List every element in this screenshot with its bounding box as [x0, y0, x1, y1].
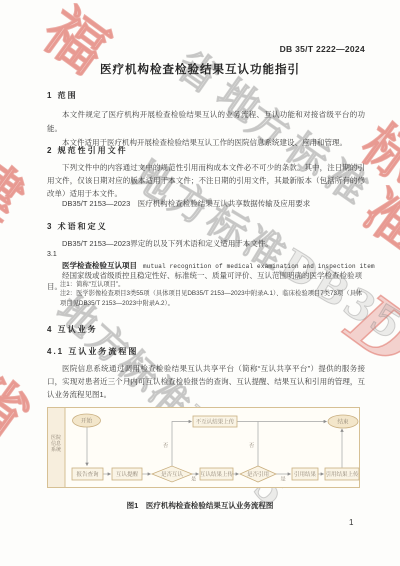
section-3-heading: 3 术语和定义 [47, 221, 108, 232]
flow-decision-recognize: 是否互认 [161, 470, 184, 478]
flow-node-start: 开始 [81, 417, 93, 425]
flow-node-end: 结束 [337, 418, 349, 426]
flow-node-reminder: 互认提醒 [116, 470, 139, 478]
flowchart-figure: 医院信息系统 [47, 407, 360, 488]
flow-node-recognition-upload: 互认结果上传 [200, 470, 234, 478]
figure-caption: 图1 医疗机构检查检验结果互认业务流程图 [0, 500, 400, 511]
section-4-1-heading: 4.1 互认业务流程图 [47, 346, 138, 357]
edge-label-no-1: 否 [163, 441, 169, 449]
edge-label-no-2: 否 [249, 441, 255, 449]
flow-node-report-query: 报告查询 [76, 470, 99, 478]
term-note-2: 注2：医学影像检查项目3类55项（具体项目见DB35/T 2153—2023中附… [47, 289, 367, 308]
flow-node-reference-result: 引用结果 [294, 470, 317, 478]
flow-node-reference-upload: 引用结果上传 [325, 470, 359, 478]
section-2-body: 下列文件中的内容通过文中的规范性引用而构成本文件必不可少的条款。其中，注日期的引… [47, 161, 365, 201]
section-4-heading: 4 互认业务 [47, 324, 98, 335]
standard-number: DB 35/T 2222—2024 [280, 44, 365, 54]
paragraph: 下列文件中的内容通过文中的规范性引用而构成本文件必不可少的条款。其中，注日期的引… [47, 161, 365, 201]
term-chinese: 医学检查检验互认项目 [62, 261, 137, 270]
section-1-body: 本文件规定了医疗机构开展检查检验结果互认的业务流程、互认功能和对接省级平台的功能… [47, 108, 365, 150]
term-number: 3.1 [47, 251, 57, 258]
flow-decision-reference: 是否引用 [247, 470, 269, 478]
document-title: 医疗机构检查检验结果互认功能指引 [0, 61, 400, 77]
flow-node-non-recognition-upload: 不互认结果上传 [196, 418, 235, 426]
watermark-red-fragment: 建 [0, 133, 44, 238]
edge-label-yes-1: 是 [191, 475, 196, 483]
section-4-1-body: 医院信息系统通过调用检查检验结果互认共享平台（简称“互认共享平台”）提供的服务接… [47, 362, 365, 402]
edge-label-yes-2: 是 [281, 475, 286, 483]
normative-reference: DB35/T 2153—2023 医疗机构检查检验结果互认共享数据传输及应用要求 [47, 198, 365, 209]
section-1-heading: 1 范围 [47, 90, 78, 101]
flowchart-canvas: 开始 不互认结果上传 结束 报告查询 互认提醒 是否互认 互认结果上传 是否引用… [47, 407, 360, 488]
term-english: mutual recognition of medical examinatio… [143, 263, 375, 270]
terms-intro: DB35/T 2153—2023界定的以及下列术语和定义适用于本文件。 [47, 238, 365, 249]
paragraph: 本文件规定了医疗机构开展检查检验结果互认的业务流程、互认功能和对接省级平台的功能… [47, 108, 365, 136]
watermark-red-fragment: 省 [0, 351, 50, 456]
paragraph: 医院信息系统通过调用检查检验结果互认共享平台（简称“互认共享平台”）提供的服务接… [47, 362, 365, 402]
page-number: 1 [349, 518, 353, 527]
document-page: 福 建 标 准 D 省 省地 方标准 地方标准DB35 地方标准DB35 DB … [0, 0, 400, 566]
section-2-heading: 2 规范性引用文件 [47, 145, 128, 156]
swimlane-label: 医院信息系统 [51, 436, 62, 453]
